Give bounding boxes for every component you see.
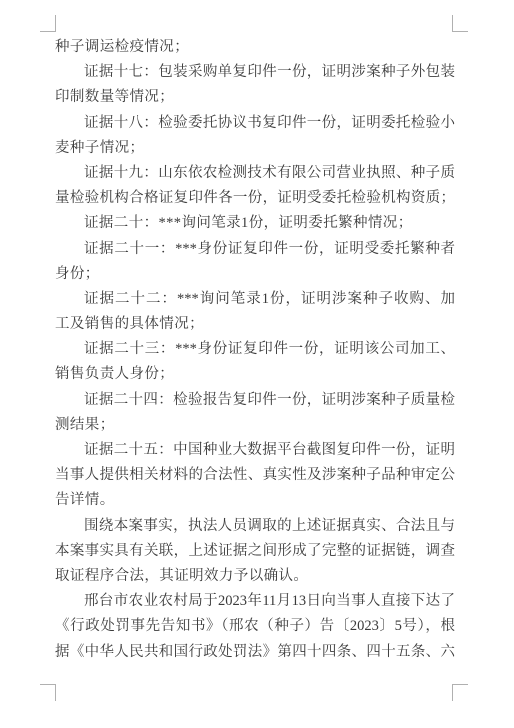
crop-mark-bottom-right — [452, 684, 468, 701]
document-line: 证据十九：山东依农检测技术有限公司营业执照、种子质 — [55, 161, 455, 186]
document-line: 种子调运检疫情况； — [55, 35, 455, 60]
document-line: 邢台市农业农村局于2023年11月13日向当事人直接下达了 — [55, 589, 455, 614]
document-line: 麦种子情况； — [55, 136, 455, 161]
document-line: 量检验机构合格证复印件各一份，证明受委托检验机构资质； — [55, 186, 455, 211]
document-line: 当事人提供相关材料的合法性、真实性及涉案种子品种审定公 — [55, 463, 455, 488]
document-line: 证据十八：检验委托协议书复印件一份，证明委托检验小 — [55, 111, 455, 136]
document-line: 证据二十二：***询问笔录1份，证明涉案种子收购、加 — [55, 287, 455, 312]
crop-mark-top-left — [40, 15, 56, 32]
document-text-area: 种子调运检疫情况；证据十七：包装采购单复印件一份，证明涉案种子外包装印制数量等情… — [55, 35, 455, 665]
document-line: 工及销售的具体情况； — [55, 312, 455, 337]
document-line: 《行政处罚事先告知书》（邢农（种子）告〔2023〕5号），根 — [55, 614, 455, 639]
document-line: 印制数量等情况； — [55, 85, 455, 110]
document-line: 证据二十三：***身份证复印件一份，证明该公司加工、 — [55, 337, 455, 362]
document-line: 证据二十一：***身份证复印件一份，证明受委托繁种者 — [55, 237, 455, 262]
document-page: 种子调运检疫情况；证据十七：包装采购单复印件一份，证明涉案种子外包装印制数量等情… — [0, 0, 514, 728]
document-line: 取证程序合法，其证明效力予以确认。 — [55, 564, 455, 589]
document-line: 测结果； — [55, 413, 455, 438]
document-line: 证据二十：***询问笔录1份，证明委托繁种情况； — [55, 211, 455, 236]
document-line: 围绕本案事实，执法人员调取的上述证据真实、合法且与 — [55, 514, 455, 539]
document-line: 据《中华人民共和国行政处罚法》第四十四条、四十五条、六 — [55, 640, 455, 665]
document-line: 证据十七：包装采购单复印件一份，证明涉案种子外包装 — [55, 60, 455, 85]
crop-mark-bottom-left — [40, 684, 56, 701]
document-line: 告详情。 — [55, 488, 455, 513]
document-line: 证据二十四：检验报告复印件一份，证明涉案种子质量检 — [55, 388, 455, 413]
document-line: 本案事实具有关联，上述证据之间形成了完整的证据链，调查 — [55, 539, 455, 564]
document-line: 证据二十五：中国种业大数据平台截图复印件一份，证明 — [55, 438, 455, 463]
document-line: 销售负责人身份； — [55, 362, 455, 387]
document-line: 身份； — [55, 262, 455, 287]
crop-mark-top-right — [452, 15, 468, 32]
